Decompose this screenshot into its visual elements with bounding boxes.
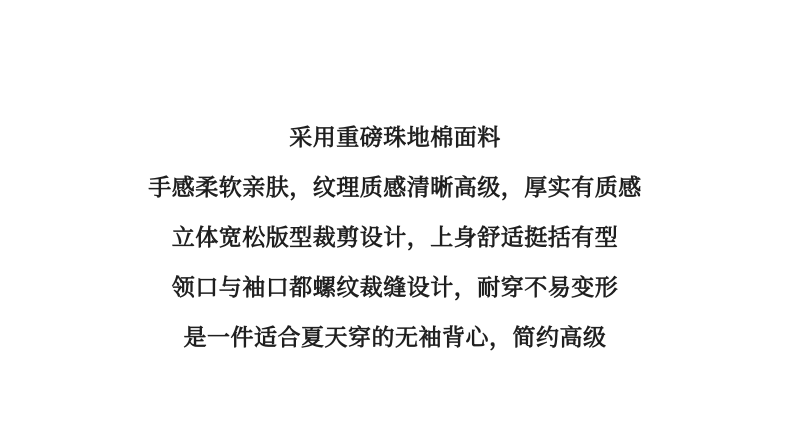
description-line-summary: 是一件适合夏天穿的无袖背心，简约高级 — [0, 312, 790, 362]
description-line-fit: 立体宽松版型裁剪设计，上身舒适挺括有型 — [0, 212, 790, 262]
description-line-headline: 采用重磅珠地棉面料 — [0, 112, 790, 162]
product-description-page: 采用重磅珠地棉面料 手感柔软亲肤，纹理质感清晰高级，厚实有质感 立体宽松版型裁剪… — [0, 0, 790, 431]
description-line-feel: 手感柔软亲肤，纹理质感清晰高级，厚实有质感 — [0, 162, 790, 212]
description-line-durability: 领口与袖口都螺纹裁缝设计，耐穿不易变形 — [0, 262, 790, 312]
description-text-block: 采用重磅珠地棉面料 手感柔软亲肤，纹理质感清晰高级，厚实有质感 立体宽松版型裁剪… — [0, 112, 790, 362]
